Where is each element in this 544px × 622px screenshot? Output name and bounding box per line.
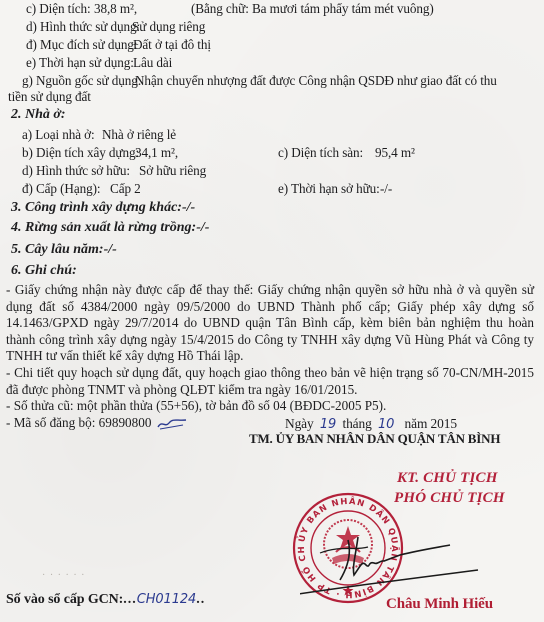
house-type-value: Nhà ở riêng lẻ xyxy=(102,127,176,143)
land-purpose-row: đ) Mục đích sử dụng: Đất ở tại đô thị xyxy=(26,37,137,53)
land-area-words: (Bằng chữ: Ba mươi tám phẩy tám mét vuôn… xyxy=(191,1,434,17)
note-item: - Giấy chứng nhận này được cấp để thay t… xyxy=(6,282,534,365)
house-build-area-row: b) Diện tích xây dựng: 34,1 m², xyxy=(22,145,139,161)
notes-block: - Giấy chứng nhận này được cấp để thay t… xyxy=(6,282,534,431)
land-origin-continued: tiền sử dụng đất xyxy=(8,89,91,105)
month-prefix: tháng xyxy=(342,416,371,431)
role-line-1: KT. CHỦ TỊCH xyxy=(397,470,498,487)
house-grade-row: đ) Cấp (Hạng): Cấp 2 xyxy=(22,181,100,197)
house-own-term-label: e) Thời hạn sở hữu: xyxy=(278,181,380,196)
house-grade-value: Cấp 2 xyxy=(110,181,141,197)
date-day: 19 xyxy=(320,417,336,432)
land-origin-value: Nhận chuyển nhượng đất được Công nhận QS… xyxy=(135,73,497,89)
house-own-term-row: e) Thời hạn sở hữu: -/- xyxy=(278,181,380,197)
date-month: 10 xyxy=(378,417,394,432)
land-term-row: e) Thời hạn sử dụng: Lâu dài xyxy=(26,55,134,71)
role-line-2: PHÓ CHỦ TỊCH xyxy=(394,490,505,507)
registry-dots-trailing: .. xyxy=(196,592,205,607)
house-type-label: a) Loại nhà ở: xyxy=(22,127,95,142)
house-heading: 2. Nhà ở: xyxy=(11,107,66,123)
house-floor-area-row: c) Diện tích sàn: 95,4 m² xyxy=(278,145,363,161)
land-origin-label: g) Nguồn gốc sử dụng: xyxy=(22,73,141,88)
registry-dots: ... xyxy=(123,592,137,607)
registry-value: CH01124 xyxy=(137,592,197,607)
registry-number-row: Số vào sổ cấp GCN:...CH01124.. xyxy=(6,592,205,608)
house-ownership-value: Sở hữu riêng xyxy=(139,163,206,179)
other-construction-heading: 3. Công trình xây dựng khác:-/- xyxy=(11,200,195,216)
certificate-page: c) Diện tích: 38,8 m², (Bằng chữ: Ba mươ… xyxy=(0,0,544,622)
house-build-area-value: 34,1 m², xyxy=(135,145,178,161)
initials-scribble-icon xyxy=(157,418,187,430)
forest-heading: 4. Rừng sản xuất là rừng trồng:-/- xyxy=(11,220,209,236)
house-grade-label: đ) Cấp (Hạng): xyxy=(22,181,100,196)
land-term-label: e) Thời hạn sử dụng: xyxy=(26,55,134,70)
house-ownership-label: d) Hình thức sở hữu: xyxy=(22,163,130,178)
land-origin-row: g) Nguồn gốc sử dụng: Nhận chuyển nhượng… xyxy=(22,73,141,89)
house-build-area-label: b) Diện tích xây dựng: xyxy=(22,145,139,160)
registry-code-text: - Mã số đăng bộ: 69890800 xyxy=(6,415,151,430)
handwritten-signature-icon xyxy=(300,525,480,605)
house-type-row: a) Loại nhà ở: Nhà ở riêng lẻ xyxy=(22,127,95,143)
signer-name: Châu Minh Hiếu xyxy=(386,596,493,612)
land-purpose-value: Đất ở tại đô thị xyxy=(133,37,211,53)
year-text: năm 2015 xyxy=(405,416,457,431)
land-area-value: 38,8 m², xyxy=(94,1,137,17)
issuing-authority: TM. ỦY BAN NHÂN DÂN QUẬN TÂN BÌNH xyxy=(249,431,500,447)
land-purpose-label: đ) Mục đích sử dụng: xyxy=(26,37,137,52)
note-item: - Chi tiết quy hoạch sử dụng đất, quy ho… xyxy=(6,365,534,398)
land-term-value: Lâu dài xyxy=(133,55,172,71)
house-own-term-value: -/- xyxy=(380,181,392,197)
notes-heading: 6. Ghi chú: xyxy=(11,263,77,279)
land-use-form-row: d) Hình thức sử dụng: Sử dụng riêng xyxy=(26,19,140,35)
date-prefix: Ngày xyxy=(285,416,314,431)
perennial-heading: 5. Cây lâu năm:-/- xyxy=(11,242,117,258)
note-item: - Số thửa cũ: một phần thửa (55+56), tờ … xyxy=(6,398,534,415)
faint-stamp-residue: · · · · · · xyxy=(42,568,85,584)
registry-label: Số vào sổ cấp GCN: xyxy=(6,592,123,607)
house-floor-area-value: 95,4 m² xyxy=(375,145,415,161)
land-use-form-value: Sử dụng riêng xyxy=(132,19,205,35)
land-use-form-label: d) Hình thức sử dụng: xyxy=(26,19,140,34)
house-floor-area-label: c) Diện tích sàn: xyxy=(278,145,363,160)
land-area-label: c) Diện tích: xyxy=(26,1,91,16)
house-ownership-row: d) Hình thức sở hữu: Sở hữu riêng xyxy=(22,163,130,179)
land-area-row: c) Diện tích: 38,8 m², (Bằng chữ: Ba mươ… xyxy=(26,1,91,17)
